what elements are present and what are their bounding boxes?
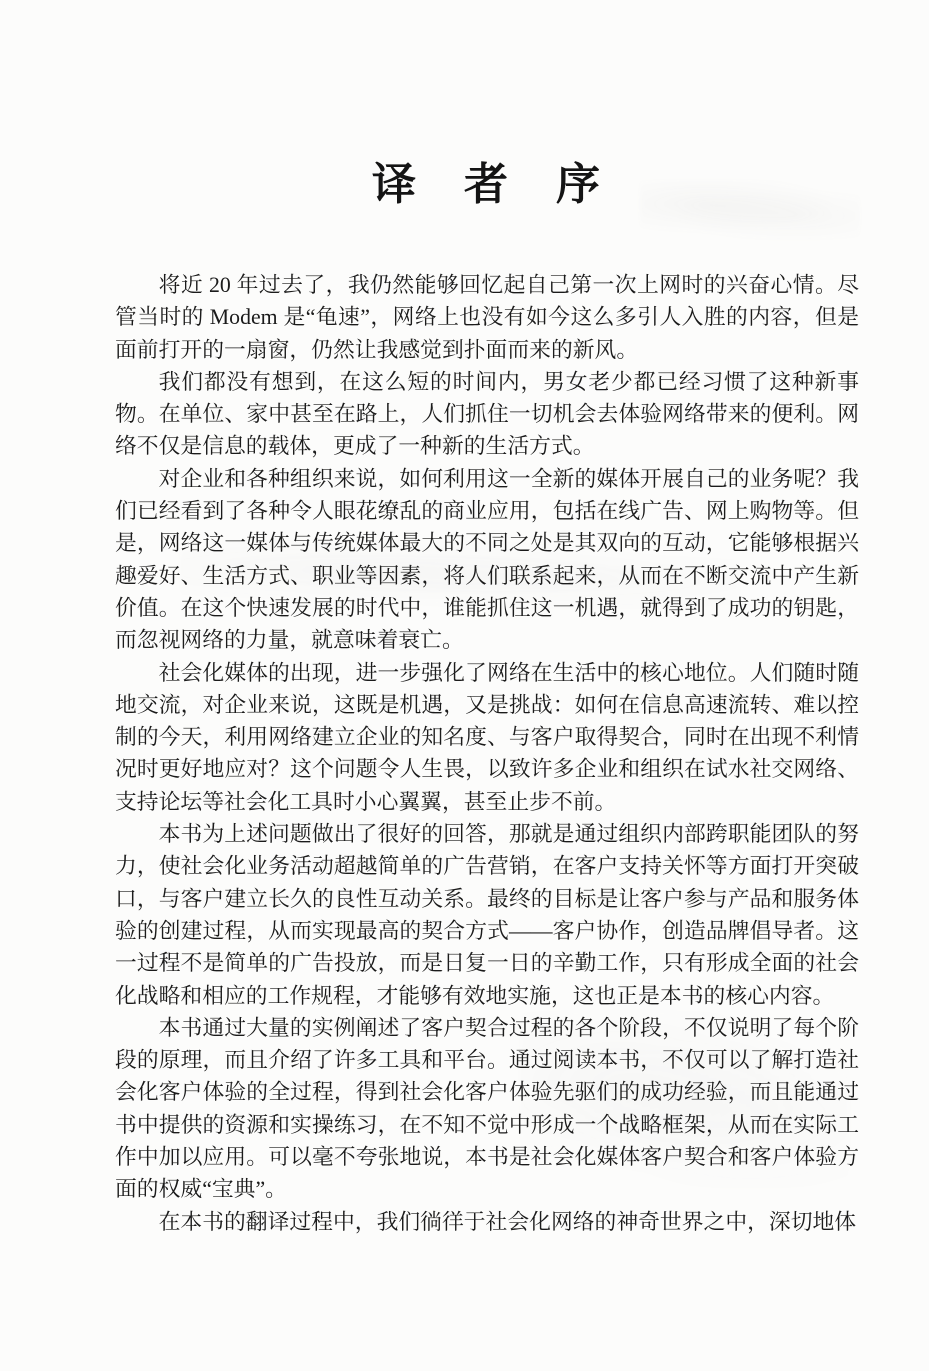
paragraph: 对企业和各种组织来说，如何利用这一全新的媒体开展自己的业务呢？我们已经看到了各种…	[115, 463, 859, 657]
paragraph: 将近 20 年过去了，我仍然能够回忆起自己第一次上网时的兴奋心情。尽管当时的 M…	[115, 269, 859, 366]
page-title: 译 者 序	[115, 160, 859, 211]
paragraph: 本书为上述问题做出了很好的回答，那就是通过组织内部跨职能团队的努力，使社会化业务…	[115, 818, 859, 1012]
paragraph: 我们都没有想到，在这么短的时间内，男女老少都已经习惯了这种新事物。在单位、家中甚…	[115, 366, 859, 463]
paragraph: 本书通过大量的实例阐述了客户契合过程的各个阶段，不仅说明了每个阶段的原理，而且介…	[115, 1012, 859, 1206]
paragraph: 社会化媒体的出现，进一步强化了网络在生活中的核心地位。人们随时随地交流，对企业来…	[115, 657, 859, 818]
paragraph: 在本书的翻译过程中，我们徜徉于社会化网络的神奇世界之中，深切地体	[115, 1206, 859, 1238]
book-page: 译 者 序 将近 20 年过去了，我仍然能够回忆起自己第一次上网时的兴奋心情。尽…	[0, 0, 929, 1371]
preface-body: 将近 20 年过去了，我仍然能够回忆起自己第一次上网时的兴奋心情。尽管当时的 M…	[115, 269, 859, 1238]
